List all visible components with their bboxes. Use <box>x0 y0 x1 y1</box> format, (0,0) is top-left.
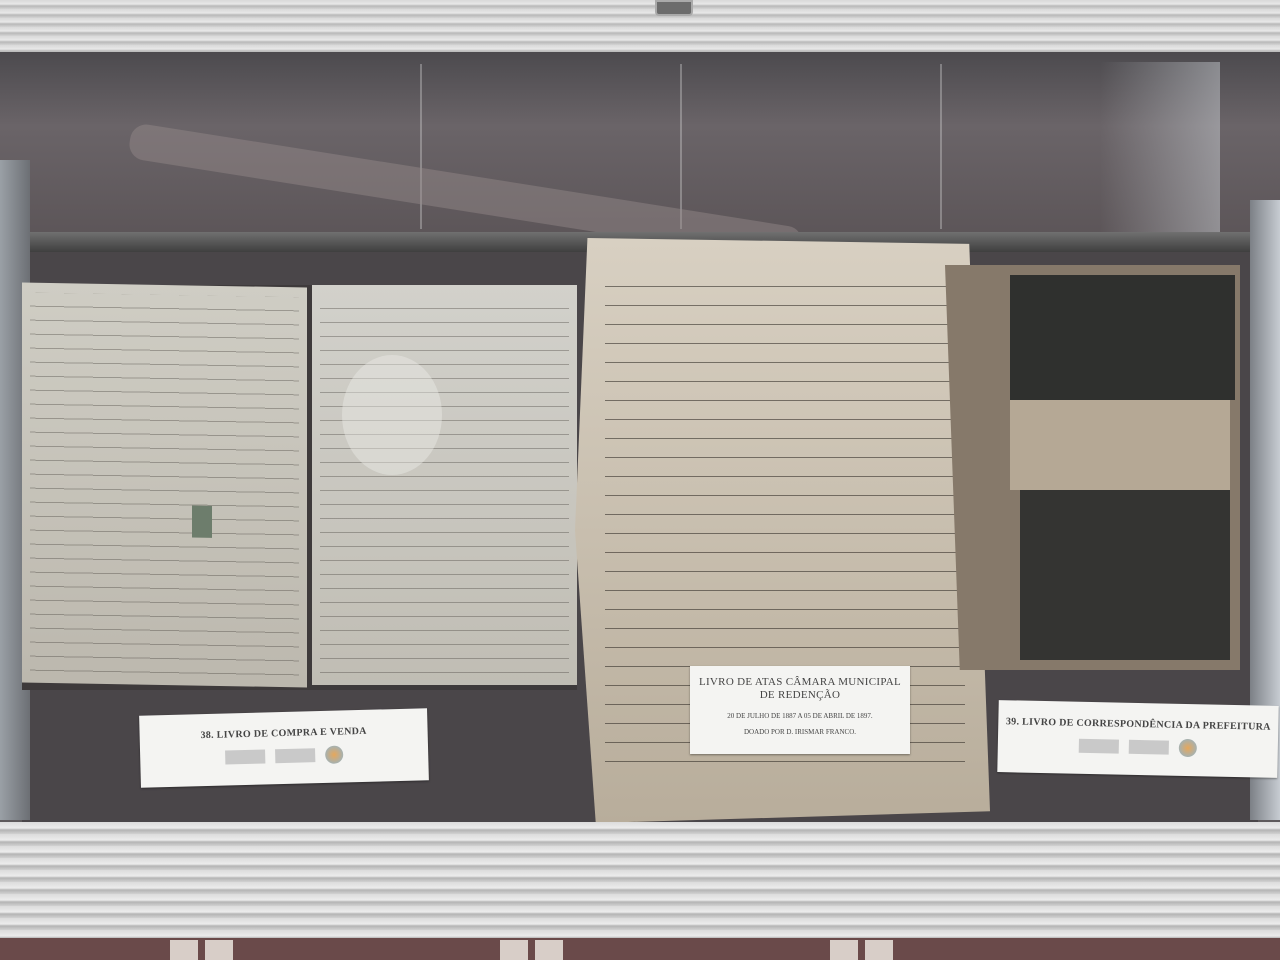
exhibit-label-atas: LIVRO DE ATAS CÂMARA MUNICIPAL DE REDENÇ… <box>690 666 910 754</box>
exhibit-label-39: 39. LIVRO DE CORRESPONDÊNCIA DA PREFEITU… <box>997 700 1278 778</box>
reflected-object <box>127 122 804 237</box>
label-title: 38. LIVRO DE COMPRA E VENDA <box>140 724 428 743</box>
display-case-top-frame <box>0 0 1280 52</box>
case-lock <box>655 0 693 16</box>
exhibit-open-ledger <box>22 285 577 690</box>
secretaria-logo-icon <box>1129 740 1169 755</box>
glass-reflection <box>0 52 1280 237</box>
cover-label-plate <box>1010 400 1230 490</box>
label-dates: 20 DE JULHO DE 1887 A 05 DE ABRIL DE 189… <box>690 712 910 720</box>
revenue-stamp <box>192 505 212 537</box>
label-donor: DOADO POR D. IRISMAR FRANCO. <box>690 728 910 736</box>
exhibit-correspondence-book <box>945 265 1240 670</box>
emblem-icon <box>1179 739 1197 757</box>
faded-seal <box>342 355 442 475</box>
ledger-left-page <box>22 283 307 688</box>
emblem-icon <box>325 745 343 763</box>
sponsor-logos <box>140 743 428 769</box>
secretaria-logo-icon <box>275 748 315 763</box>
sponsor-logos <box>998 735 1278 759</box>
prefeitura-logo-icon <box>225 749 265 764</box>
label-title: 39. LIVRO DE CORRESPONDÊNCIA DA PREFEITU… <box>998 716 1278 733</box>
ledger-right-page <box>312 285 577 685</box>
display-case-bottom-frame <box>0 822 1280 938</box>
tiled-floor <box>0 938 1280 960</box>
exhibit-label-38: 38. LIVRO DE COMPRA E VENDA <box>139 708 429 788</box>
label-title: LIVRO DE ATAS CÂMARA MUNICIPAL DE REDENÇ… <box>696 676 904 702</box>
prefeitura-logo-icon <box>1079 739 1119 754</box>
